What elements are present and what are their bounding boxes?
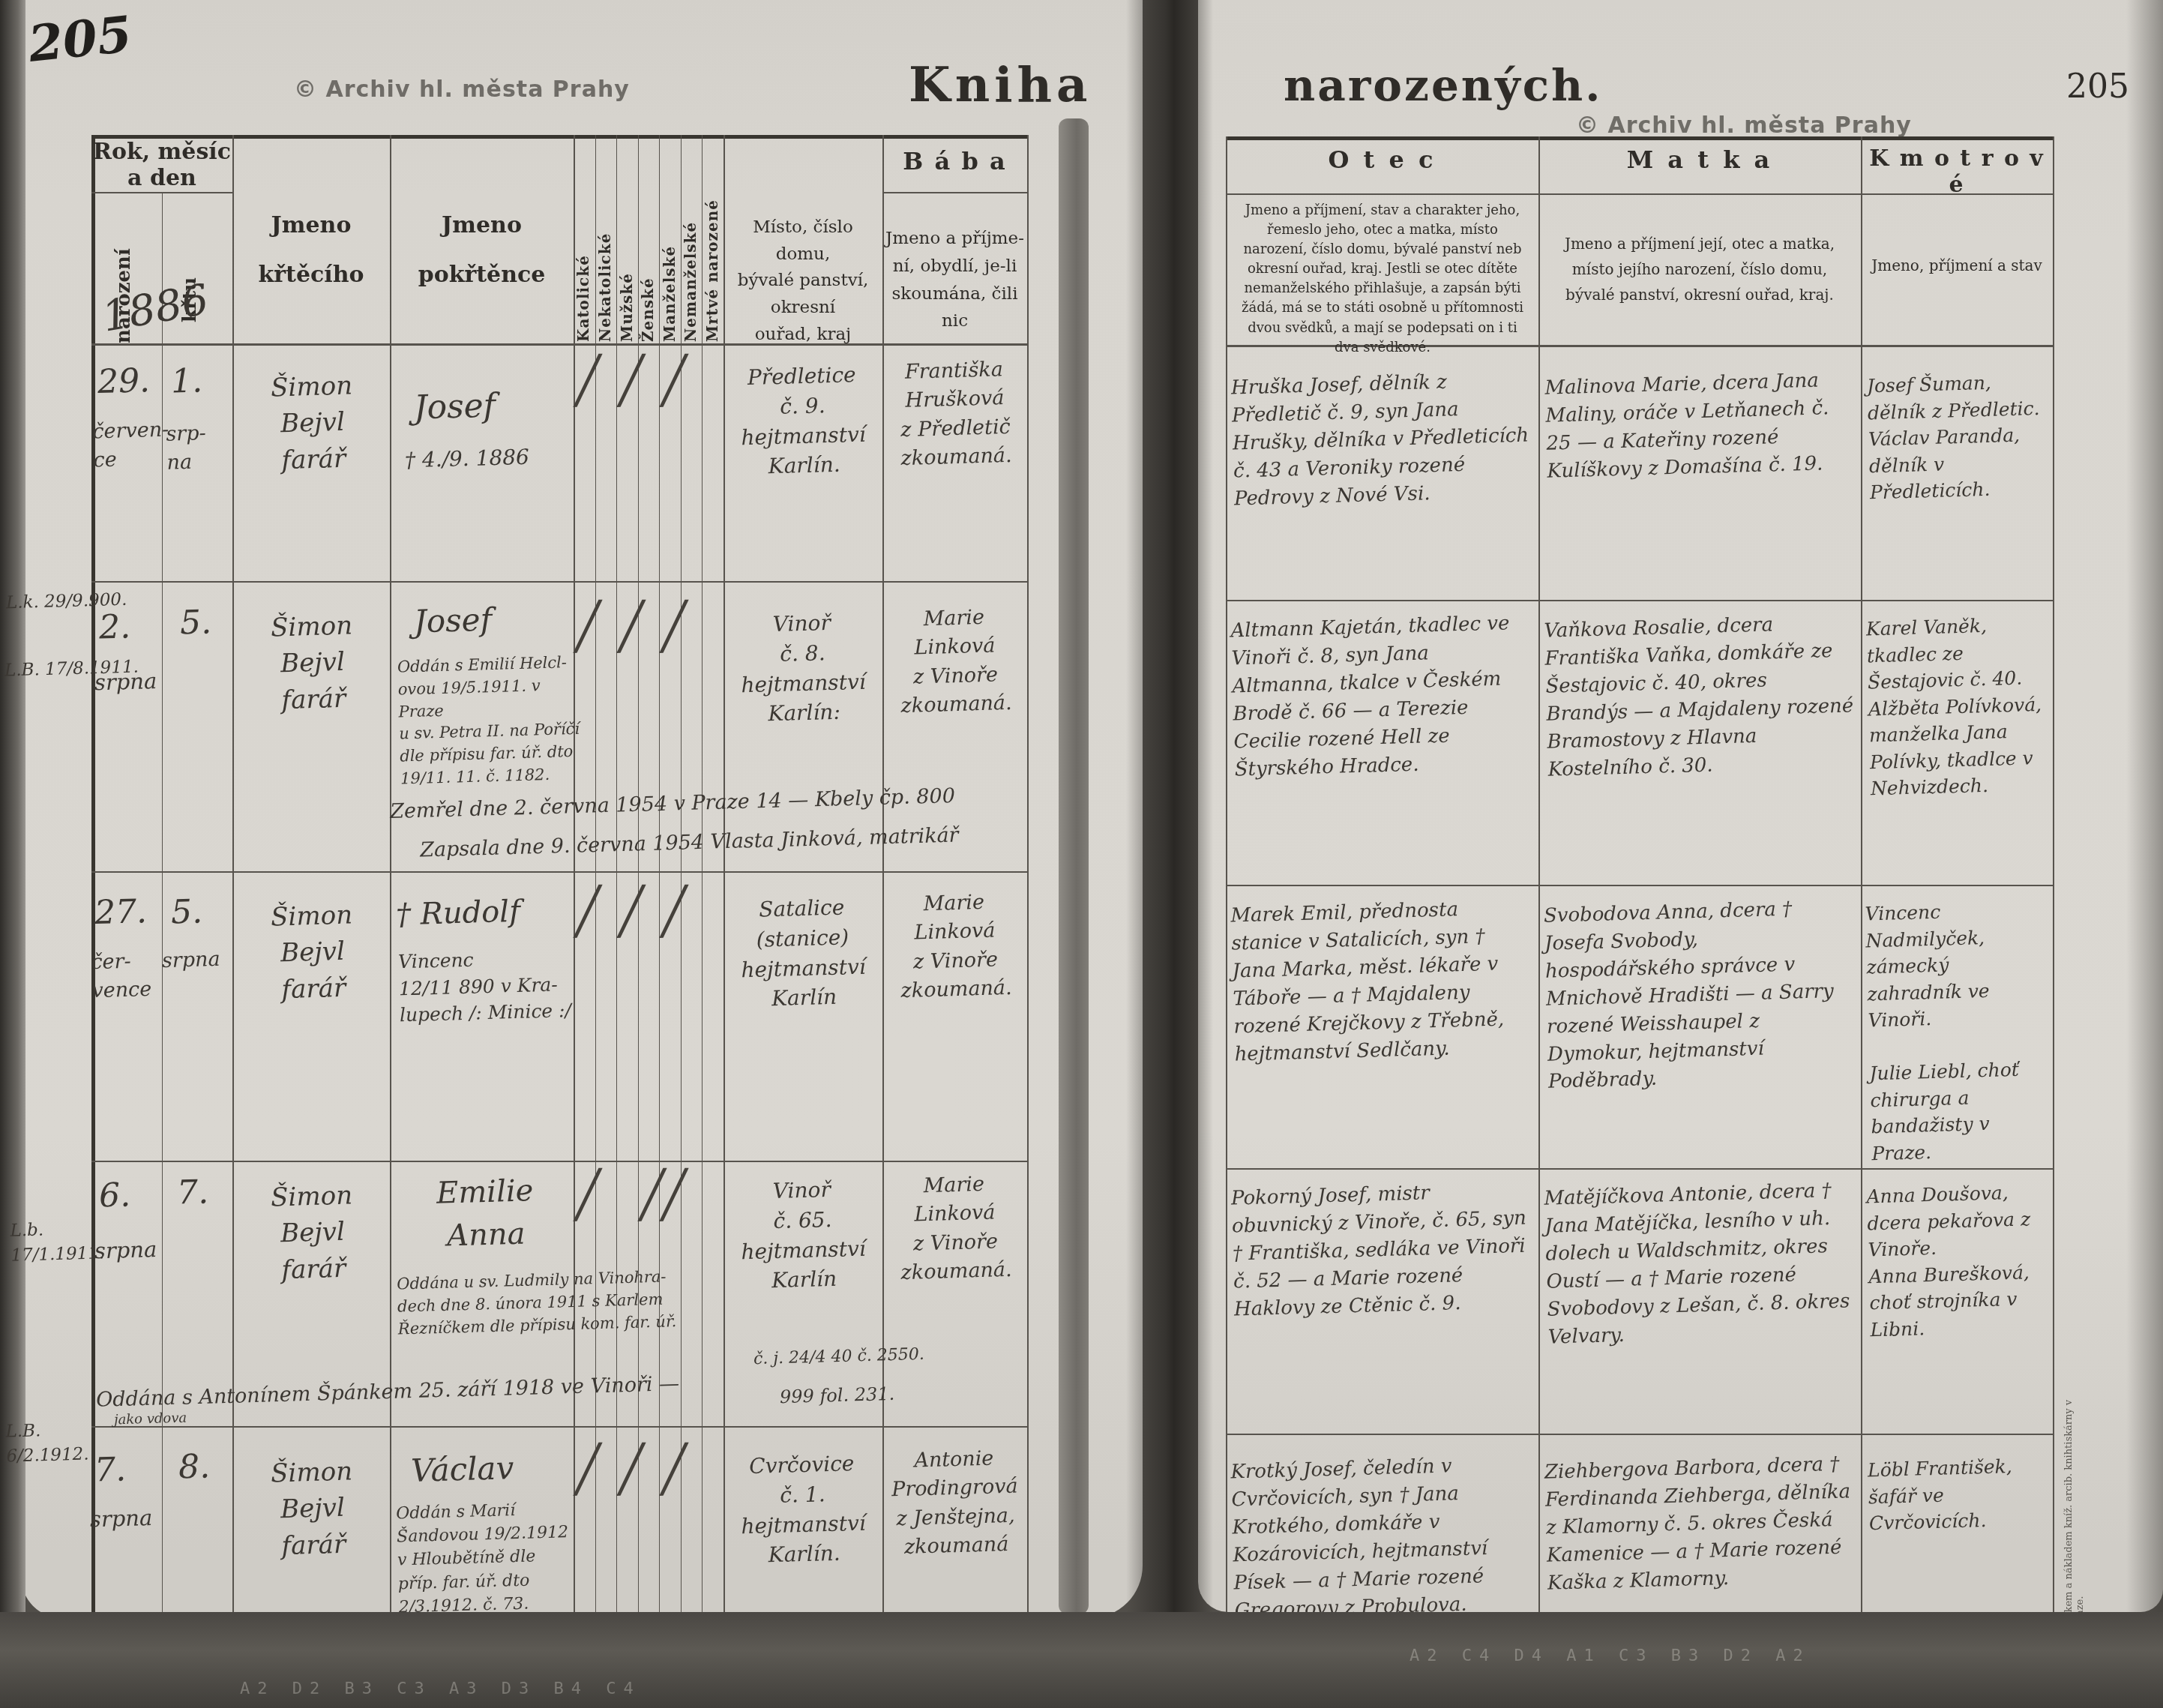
row-separator xyxy=(1226,885,2054,886)
record-midwife: Marie Linková z Vinoře zkoumaná. xyxy=(883,602,1027,721)
col-header-jmeno-krticiho: Jmeno křtěcího xyxy=(232,213,390,287)
col-header-baba-title: B á b a xyxy=(882,147,1027,175)
record-mother: Vaňkova Rosalie, dcera Františka Vaňka, … xyxy=(1544,609,1856,784)
book-title-left: Kniha xyxy=(909,57,1092,113)
col-header-kmotrove-desc: Jmeno, příjmení a stav xyxy=(1865,256,2048,274)
record-godparents: Vincenc Nadmilyček, zámecký zahradník ve… xyxy=(1865,896,2054,1167)
flag-mark-katolicke: ╱ xyxy=(574,358,602,404)
grid-line xyxy=(1027,135,1029,1614)
record-father: Hruška Josef, dělník z Předletič č. 9, s… xyxy=(1231,366,1535,513)
record-birth-month: červen- ce xyxy=(92,416,170,475)
margin-note: L.b. 17/1.1911. xyxy=(10,1216,105,1268)
flag-mark-manzelske: ╱ xyxy=(660,1447,688,1493)
record-godparents: Karel Vaněk, tkadlec ze Šestajovic č. 40… xyxy=(1866,611,2053,802)
grid-line xyxy=(882,192,1027,193)
col-header-kmotrove-title: K m o t r o v é xyxy=(1861,145,2053,198)
record-birth-day: 27. xyxy=(94,888,148,936)
row-separator xyxy=(1226,1434,2054,1435)
grid-line xyxy=(1538,136,1540,1614)
col-header-nemanzelske: Nemanželské xyxy=(682,174,702,342)
record-baptizer: Šimon Bejvl farář xyxy=(237,1176,388,1289)
record-birth-day: 7. xyxy=(94,1446,127,1494)
record-mother: Matějíčkova Antonie, dcera † Jana Matějí… xyxy=(1544,1176,1856,1351)
record-godparents: Löbl František, šafář ve Cvrčovicích. xyxy=(1868,1452,2051,1537)
col-header-otec-desc: Jmeno a příjmení, stav a charakter jeho,… xyxy=(1236,201,1529,358)
flag-mark-katolicke: ╱ xyxy=(574,889,602,935)
record-child-name: Josef xyxy=(413,382,496,431)
col-header-jmeno-pokrtence: Jmeno pokřtěnce xyxy=(390,213,574,287)
record-mother: Svobodova Anna, dcera † Josefa Svobody, … xyxy=(1543,894,1856,1096)
record-birth-day: 29. xyxy=(97,358,151,406)
record-mother: Malinova Marie, dcera Jana Maliny, oráče… xyxy=(1544,366,1855,485)
record-mother: Ziehbergova Barbora, dcera † Ferdinanda … xyxy=(1544,1450,1856,1597)
col-header-katolicke: Katolické xyxy=(574,178,595,342)
col-header-zenske: Ženské xyxy=(639,196,659,342)
printer-imprint: Tiskem a nákladem kníž. arcib. knihtiská… xyxy=(2063,1387,2086,1627)
record-place: Předletice č. 9. hejtmanství Karlín. xyxy=(724,359,882,483)
record-child-note: Oddán s Marií Šandovou 19/2.1912 v Hloub… xyxy=(396,1497,586,1620)
scan-strip-marks-left: A2 D2 B3 C3 A3 D3 B4 C4 xyxy=(240,1680,641,1698)
record-baptizer: Šimon Bejvl farář xyxy=(237,1452,388,1565)
row-separator xyxy=(1226,600,2054,601)
col-header-mrtve-narozene: Mrtvé narozené xyxy=(703,166,723,342)
col-header-otec-title: O t e c xyxy=(1226,145,1538,174)
record-birth-month: srpna xyxy=(94,664,222,699)
col-header-rok-mesic-den: Rok, měsíc a den xyxy=(91,139,232,191)
page-edge-shadow-band xyxy=(1059,118,1089,1614)
row-separator xyxy=(91,581,1027,583)
margin-note: L.B. 6/2.1912. xyxy=(5,1417,89,1468)
flag-mark-manzelske: ╱ xyxy=(660,358,688,404)
record-baptism-day: 1. xyxy=(170,358,203,406)
record-child-name: Emilie Anna xyxy=(403,1169,567,1259)
col-header-manzelske: Manželské xyxy=(661,183,681,342)
record-child-note: Oddána u sv. Ludmily na Vinohra- dech dn… xyxy=(397,1263,750,1341)
page-number-printed-right: 205 xyxy=(2066,67,2129,106)
record-baptism-day: 7. xyxy=(176,1169,209,1217)
archive-watermark-left: © Archiv hl. města Prahy xyxy=(294,76,630,103)
page-number-handwritten-left: 205 xyxy=(25,0,135,80)
record-midwife: Františka Hrušková z Předletič zkoumaná. xyxy=(883,355,1027,474)
grid-line xyxy=(1226,136,1227,1614)
marriage-note-widow: jako vdova xyxy=(114,1409,187,1430)
scanned-register-spread: 205 © Archiv hl. města Prahy Kniha naroz… xyxy=(0,0,2163,1708)
record-child-note: † 4./9. 1886 xyxy=(404,442,529,475)
grid-line xyxy=(1861,136,1862,1614)
flag-mark-katolicke: ╱ xyxy=(574,604,602,650)
flag-mark-muzske: ╱ xyxy=(617,889,646,935)
record-godparents: Anna Doušova, dcera pekařova z Vinoře. A… xyxy=(1866,1179,2052,1344)
record-father: Altmann Kajetán, tkadlec ve Vinoři č. 8,… xyxy=(1230,609,1535,784)
record-baptizer: Šimon Bejvl farář xyxy=(237,607,388,719)
record-midwife: Antonie Prodingrová z Jenštejna, zkouman… xyxy=(883,1443,1027,1563)
record-birth-month: srpna xyxy=(89,1501,217,1536)
col-header-matka-desc: Jmeno a příjmení její, otec a matka, mís… xyxy=(1547,231,1852,307)
record-baptism-month: srp- na xyxy=(166,419,207,478)
right-edge-shade xyxy=(2126,0,2163,1708)
marriage-note-ref1: č. j. 24/4 40 č. 2550. xyxy=(753,1343,925,1371)
record-child-name: † Rudolf xyxy=(395,891,520,936)
grid-line xyxy=(1226,136,2054,140)
record-child-note: Oddán s Emilií Helcl- ovou 19/5.1911. v … xyxy=(397,652,589,791)
record-child-name: Josef xyxy=(413,598,493,645)
scan-strip-marks-right: A2 C4 D4 A1 C3 B3 D2 A2 xyxy=(1410,1647,1811,1665)
record-child-note: Vincenc 12/11 890 v Kra- lupech /: Minic… xyxy=(398,944,580,1029)
record-place: Satalice (stanice) hejtmanství Karlín xyxy=(724,891,882,1015)
col-header-nekatolicke: Nekatolické xyxy=(596,172,616,342)
row-separator xyxy=(1226,1168,2054,1170)
col-header-baba-desc: Jmeno a příjme- ní, obydlí, je-li skoumá… xyxy=(882,225,1027,335)
record-midwife: Marie Linková z Vinoře zkoumaná. xyxy=(883,1169,1027,1288)
grid-line xyxy=(91,135,95,1614)
col-header-muzske: Mužské xyxy=(618,193,638,342)
record-father: Pokorný Josef, mistr obuvnický z Vinoře,… xyxy=(1231,1176,1535,1323)
record-baptism-day: 5. xyxy=(179,599,212,647)
flag-mark-muzske: ╱ xyxy=(617,604,646,650)
row-separator xyxy=(91,871,1027,873)
record-baptizer: Šimon Bejvl farář xyxy=(237,896,388,1008)
row-separator xyxy=(91,1426,1027,1428)
row-separator xyxy=(91,1161,1027,1162)
record-baptism-day: 8. xyxy=(178,1443,211,1491)
record-birth-day: 6. xyxy=(98,1172,131,1220)
record-child-name: Václav xyxy=(410,1446,514,1493)
flag-mark-katolicke: ╱ xyxy=(574,1447,602,1493)
marriage-note-ref2: 999 fol. 231. xyxy=(780,1381,895,1410)
record-place: Vinoř č. 8. hejtmanství Karlín: xyxy=(724,607,882,730)
record-godparents: Josef Šuman, dělník z Předletic. Václav … xyxy=(1867,368,2052,506)
flag-mark-manzelske: ╱ xyxy=(660,604,688,650)
record-baptism-month: srpna xyxy=(161,945,220,975)
archive-watermark-right: © Archiv hl. města Prahy xyxy=(1576,112,1912,139)
record-birth-month: srpna xyxy=(94,1233,222,1267)
record-father: Krotký Josef, čeledín v Cvrčovicích, syn… xyxy=(1230,1450,1535,1625)
record-place: Cvrčovice č. 1. hejtmanství Karlín. xyxy=(724,1448,882,1572)
flag-mark-muzske: ╱ xyxy=(617,1447,646,1493)
flag-mark-manzelske: ╱ xyxy=(660,889,688,935)
flag-mark-katolicke: ╱ xyxy=(574,1173,602,1218)
book-gutter-shadow xyxy=(1126,0,1213,1708)
record-baptism-day: 5. xyxy=(170,888,203,936)
col-header-matka-title: M a t k a xyxy=(1538,145,1861,174)
record-birth-day: 2. xyxy=(98,604,131,652)
flag-mark-muzske: ╱ xyxy=(617,358,646,404)
flag-mark-manzelske: ╱ xyxy=(660,1173,688,1218)
book-title-right: narozených. xyxy=(1284,60,1602,111)
record-midwife: Marie Linková z Vinoře zkoumaná. xyxy=(883,887,1027,1006)
record-baptizer: Šimon Bejvl farář xyxy=(237,367,388,479)
grid-line xyxy=(2053,136,2054,1614)
record-birth-month: čer- vence xyxy=(91,947,152,1006)
record-place: Vinoř č. 65. hejtmanství Karlín xyxy=(724,1173,882,1297)
col-header-misto: Místo, číslo domu, bývalé panství, okres… xyxy=(723,214,882,348)
record-father: Marek Emil, přednosta stanice v Satalicí… xyxy=(1230,894,1535,1068)
